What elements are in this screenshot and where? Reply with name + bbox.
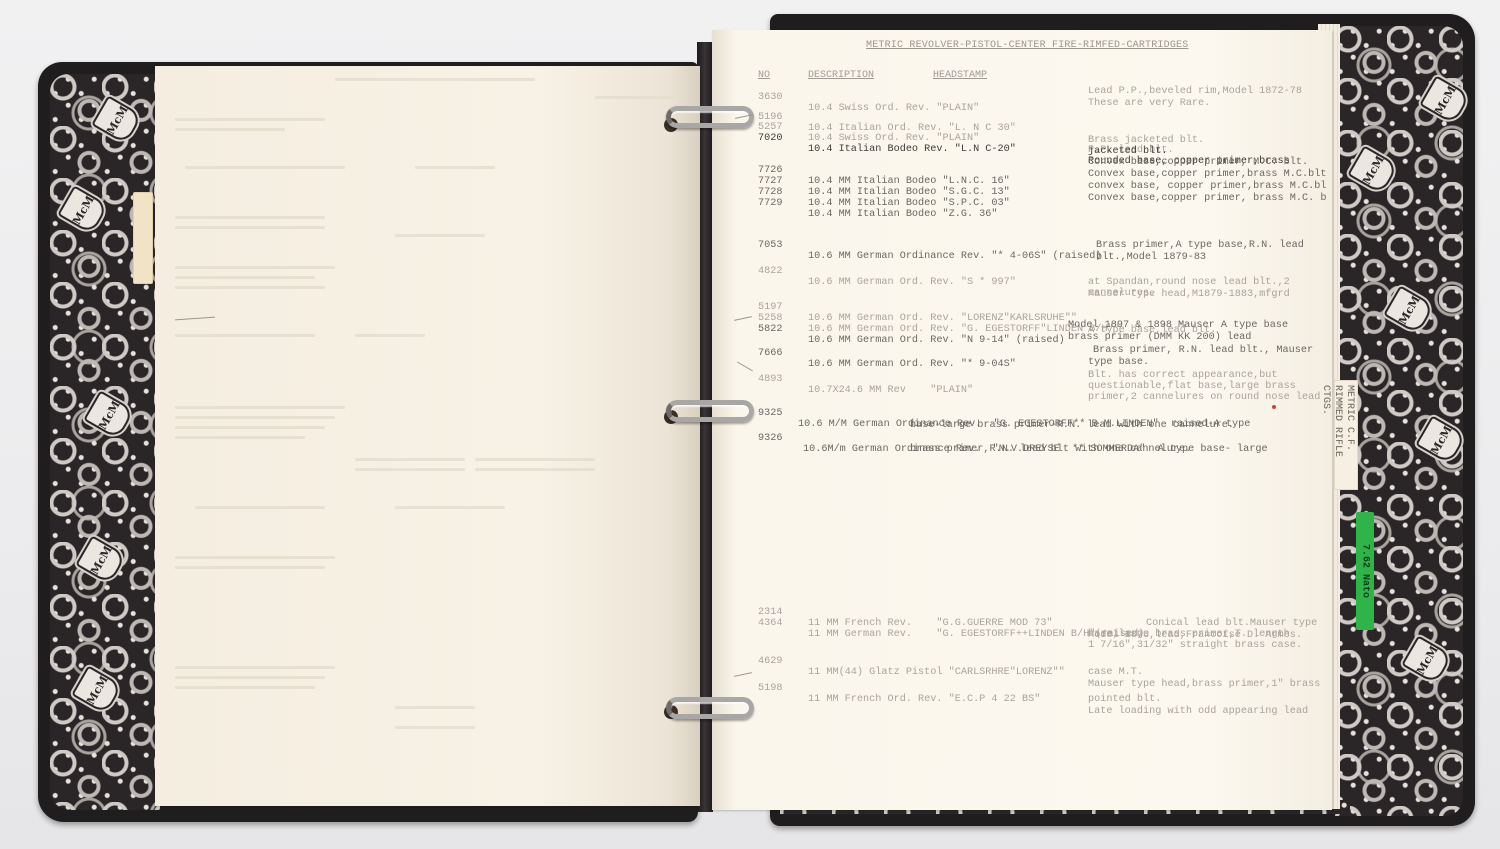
binder-ring-bottom: [666, 697, 754, 719]
ghost-text-line: [195, 506, 325, 509]
ghost-text-line: [175, 406, 345, 409]
ghost-text-line: [175, 676, 325, 679]
ghost-text-line: [355, 468, 465, 471]
ghost-text-line: [395, 506, 505, 509]
ghost-text-line: [355, 334, 425, 337]
ghost-text-line: [395, 726, 475, 729]
ghost-text-line: [175, 666, 335, 669]
ghost-text-line: [175, 556, 335, 559]
ghost-text-line: [595, 96, 675, 99]
ghost-text-line: [175, 436, 305, 439]
ghost-text-line: [175, 686, 315, 689]
ghost-text-line: [475, 458, 595, 461]
ghost-text-line: [185, 166, 345, 169]
ghost-text-line: [395, 234, 485, 237]
ghost-text-line: [175, 276, 315, 279]
page-tab-left[interactable]: [133, 192, 153, 284]
ghost-text-line: [175, 286, 325, 289]
ghost-text-line: [175, 118, 325, 121]
ghost-text-line: [175, 566, 325, 569]
ghost-text-line: [175, 128, 285, 131]
ghost-text-line: [175, 226, 325, 229]
ghost-text-line: [175, 426, 325, 429]
ghost-text-line: [175, 334, 315, 337]
left-page[interactable]: [155, 66, 700, 806]
ghost-text-line: [475, 468, 595, 471]
table-row-note: Convex base,copper primer, brass M.C. b: [748, 181, 1338, 216]
ghost-text-line: [175, 266, 335, 269]
ghost-text-line: [395, 706, 475, 709]
ghost-text-line: [335, 78, 535, 81]
ghost-text-line: [415, 166, 495, 169]
divider-tab-7-62-nato[interactable]: 7.62 Nato: [1356, 512, 1374, 630]
page-title: METRIC REVOLVER-PISTOL-CENTER FIRE-RIMFE…: [866, 40, 1188, 52]
table-row-note: brass primer,R.N. lead blt with one cann…: [748, 432, 1338, 467]
ghost-text-line: [175, 416, 335, 419]
ghost-text-line: [355, 458, 465, 461]
binder-ring-middle: [666, 400, 754, 422]
red-ink-dot: [1272, 405, 1276, 409]
ghost-text-line: [175, 216, 325, 219]
table-row-note: pointed blt.: [748, 682, 1338, 717]
